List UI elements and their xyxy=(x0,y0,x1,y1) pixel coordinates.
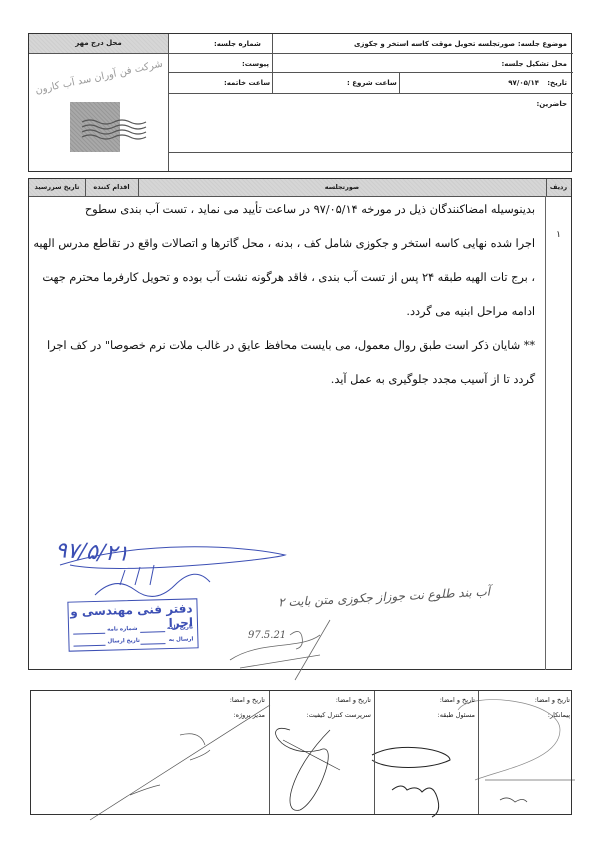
signature-cell-contractor: تاریخ و امضا: پیمانکار: xyxy=(478,691,574,814)
office-stamp: دفتر فنی مهندسی و اجرا تاریخ نامه شماره … xyxy=(67,598,198,651)
role-label-qc-supervisor: سرپرست کنترل کیفیت: xyxy=(306,711,371,719)
letter-number-label: شماره نامه xyxy=(107,626,138,633)
date-signature-label: تاریخ و امضا: xyxy=(440,696,475,704)
role-label-contractor: پیمانکار: xyxy=(548,711,570,719)
signature-table: تاریخ و امضا: مدیر پروژه: تاریخ و امضا: … xyxy=(30,690,572,815)
signature-cell-project-manager: تاریخ و امضا: مدیر پروژه: xyxy=(31,691,269,814)
date-signature-label: تاریخ و امضا: xyxy=(230,696,265,704)
send-date-label: تاریخ ارسال xyxy=(107,638,140,645)
signature-cell-floor-manager: تاریخ و امضا: مسئول طبقه: xyxy=(374,691,479,814)
sent-to-label: ارسال به xyxy=(169,636,194,643)
role-label-floor-manager: مسئول طبقه: xyxy=(438,711,476,719)
signature-cell-qc-supervisor: تاریخ و امضا: سرپرست کنترل کیفیت: xyxy=(269,691,375,814)
date-signature-label: تاریخ و امضا: xyxy=(336,696,371,704)
role-label-project-manager: مدیر پروژه: xyxy=(233,711,265,719)
letter-date-label: تاریخ نامه xyxy=(167,624,193,631)
date-signature-label: تاریخ و امضا: xyxy=(535,696,570,704)
